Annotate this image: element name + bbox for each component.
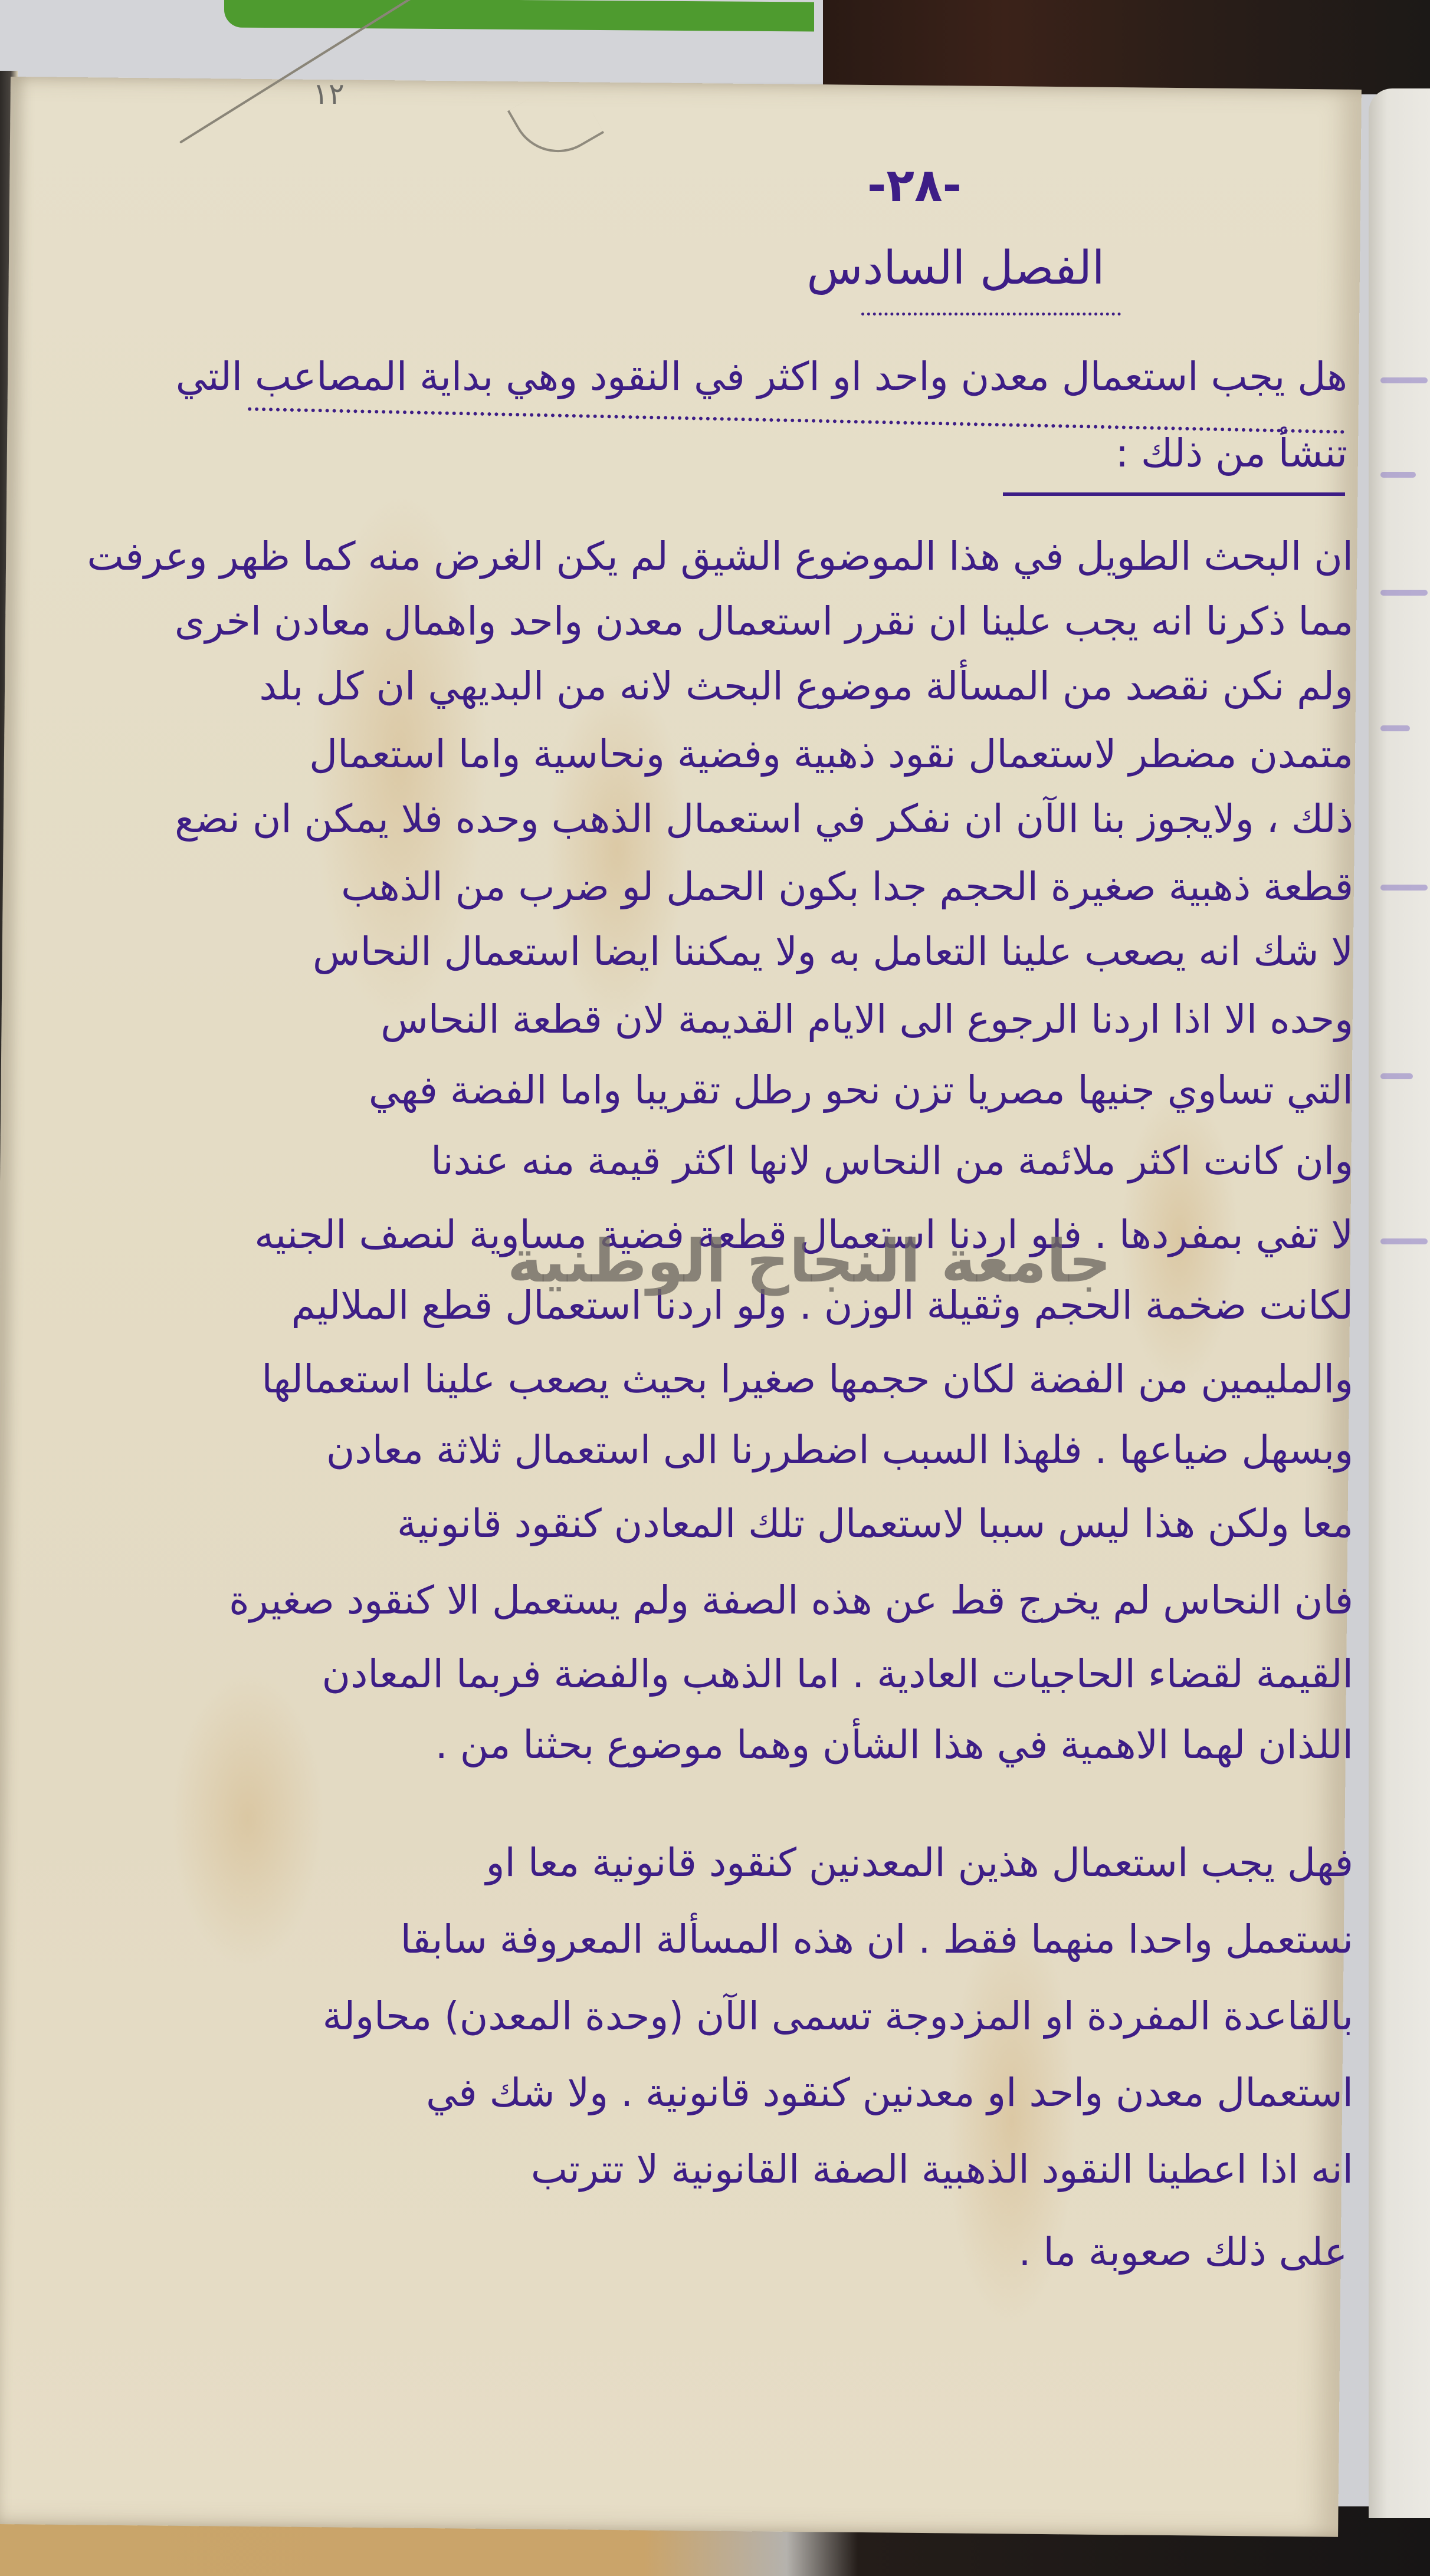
background-green-folder: [224, 0, 814, 31]
body-line: ان البحث الطويل في هذا الموضوع الشيق لم …: [87, 534, 1353, 579]
paper-stain: [169, 1671, 326, 1967]
body-line: معا ولكن هذا ليس سببا لاستعمال تلك المعا…: [397, 1501, 1353, 1546]
pencil-page-mark: ١٢: [313, 77, 345, 111]
body-line: لا شك انه يصعب علينا التعامل به ولا يمكن…: [313, 929, 1353, 974]
body-line: فهل يجب استعمال هذين المعدنين كنقود قانو…: [486, 1840, 1353, 1885]
adjacent-page-ink: [1380, 1073, 1413, 1079]
body-line: انه اذا اعطينا النقود الذهبية الصفة القا…: [531, 2147, 1353, 2192]
body-line: بالقاعدة المفردة او المزدوجة تسمى الآن (…: [323, 1993, 1353, 2039]
body-line: ولم نكن نقصد من المسألة موضوع البحث لانه…: [259, 663, 1353, 709]
body-line: مما ذكرنا انه يجب علينا ان نقرر استعمال …: [175, 599, 1353, 644]
body-line: استعمال معدن واحد او معدنين كنقود قانوني…: [426, 2070, 1353, 2115]
subtitle-underline: [1003, 492, 1345, 496]
background-book-binding: [823, 0, 1430, 94]
adjacent-page-ink: [1380, 1238, 1428, 1244]
body-line: وحده الا اذا اردنا الرجوع الى الايام الق…: [381, 997, 1353, 1042]
body-line: القيمة لقضاء الحاجيات العادية . اما الذه…: [322, 1651, 1353, 1697]
university-watermark: جامعة النجاح الوطنية: [507, 1227, 1111, 1296]
body-line: ذلك ، ولايجوز بنا الآن ان نفكر في استعما…: [175, 796, 1353, 842]
body-line: اللذان لهما الاهمية في هذا الشأن وهما مو…: [435, 1722, 1353, 1767]
chapter-title-underline: [861, 313, 1121, 316]
page-number: -٢٨-: [808, 159, 1021, 212]
body-line: متمدن مضطر لاستعمال نقود ذهبية وفضية ونح…: [309, 731, 1353, 777]
body-line: نستعمل واحدا منهما فقط . ان هذه المسألة …: [401, 1917, 1353, 1962]
adjacent-page-ink: [1380, 590, 1428, 596]
body-line: التي تساوي جنيها مصريا تزن نحو رطل تقريب…: [369, 1067, 1353, 1113]
chapter-title: الفصل السادس: [743, 242, 1168, 295]
adjacent-page-ink: [1380, 725, 1410, 731]
body-line: على ذلك صعوبة ما .: [1019, 2229, 1347, 2275]
body-line: قطعة ذهبية صغيرة الحجم جدا بكون الحمل لو…: [341, 864, 1353, 909]
body-line: وبسهل ضياعها . فلهذا السبب اضطررنا الى ا…: [326, 1427, 1353, 1473]
adjacent-page: [1369, 88, 1430, 2518]
body-line: والمليمين من الفضة لكان حجمها صغيرا بحيث…: [261, 1356, 1353, 1402]
adjacent-page-ink: [1380, 377, 1428, 383]
adjacent-page-ink: [1380, 472, 1416, 478]
body-line: فان النحاس لم يخرج قط عن هذه الصفة ولم ي…: [229, 1578, 1353, 1623]
subtitle-line: تنشأ من ذلك :: [1116, 431, 1347, 476]
subtitle-line: هل يجب استعمال معدن واحد او اكثر في النق…: [176, 354, 1347, 399]
adjacent-page-ink: [1380, 885, 1428, 891]
body-line: وان كانت اكثر ملائمة من النحاس لانها اكث…: [431, 1138, 1353, 1184]
